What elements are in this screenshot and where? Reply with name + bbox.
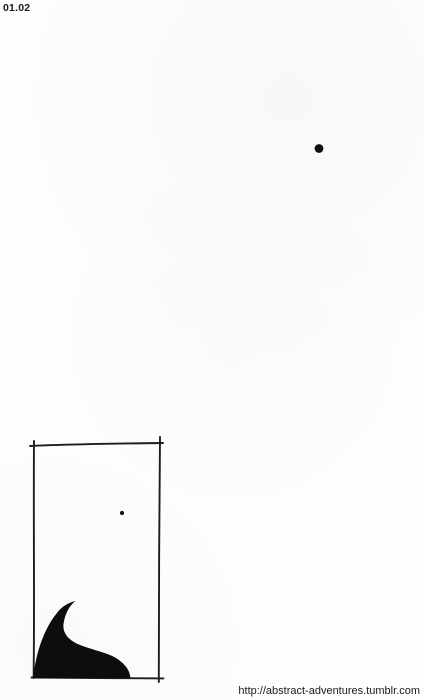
wave-silhouette [34, 601, 131, 678]
frame-right-edge [159, 437, 160, 682]
artwork-canvas: 01.02 http://abstract-adventures.tumblr.… [0, 0, 424, 700]
footer-url: http://abstract-adventures.tumblr.com [238, 685, 420, 697]
floating-dot [315, 144, 324, 153]
ink-drawing [0, 0, 424, 700]
frame-top-edge [30, 443, 163, 446]
frame-inner-dot [120, 511, 124, 515]
